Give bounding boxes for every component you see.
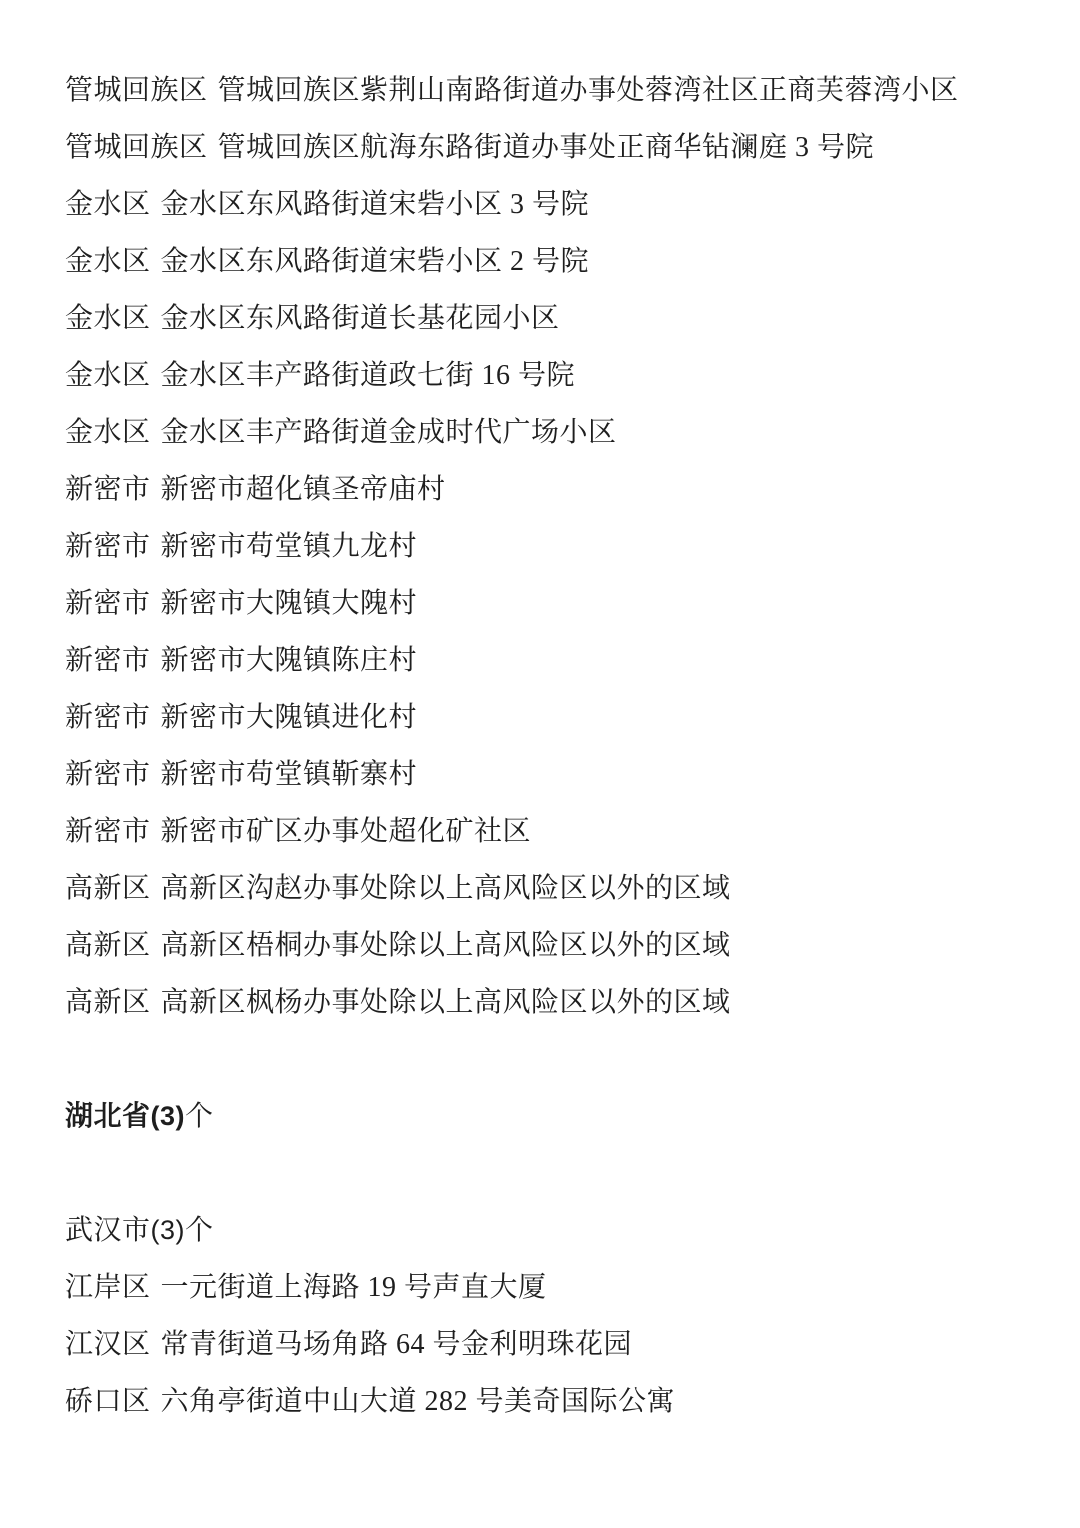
list-item: 金水区金水区东风路街道长基花园小区 <box>65 290 1056 347</box>
district-name: 高新区 <box>65 873 151 904</box>
list-item: 江汉区常青街道马场角路 64 号金利明珠花园 <box>65 1316 1056 1373</box>
district-name: 硚口区 <box>65 1386 151 1417</box>
district-name: 新密市 <box>65 645 151 676</box>
list-item: 管城回族区管城回族区紫荆山南路街道办事处蓉湾社区正商芙蓉湾小区 <box>65 62 1056 119</box>
list-item: 金水区金水区丰产路街道政七街 16 号院 <box>65 347 1056 404</box>
district-name: 高新区 <box>65 987 151 1018</box>
province-count-suffix: 个 <box>185 1101 214 1132</box>
district-name: 金水区 <box>65 417 151 448</box>
province-name: 湖北省 <box>65 1101 151 1132</box>
district-name: 新密市 <box>65 816 151 847</box>
district-name: 新密市 <box>65 702 151 733</box>
district-name: 江汉区 <box>65 1329 151 1360</box>
list-item: 新密市新密市苟堂镇九龙村 <box>65 518 1056 575</box>
area-name: 高新区枫杨办事处除以上高风险区以外的区域 <box>161 987 731 1018</box>
list-item: 金水区金水区东风路街道宋砦小区 2 号院 <box>65 233 1056 290</box>
area-name: 新密市超化镇圣帝庙村 <box>161 474 446 505</box>
blank-line <box>65 1031 1056 1088</box>
area-name: 金水区丰产路街道政七街 16 号院 <box>161 360 576 391</box>
list-item: 管城回族区管城回族区航海东路街道办事处正商华钻澜庭 3 号院 <box>65 119 1056 176</box>
area-name: 新密市苟堂镇靳寨村 <box>161 759 418 790</box>
area-name: 一元街道上海路 19 号声直大厦 <box>161 1272 547 1303</box>
district-name: 新密市 <box>65 474 151 505</box>
area-name: 金水区丰产路街道金成时代广场小区 <box>161 417 617 448</box>
area-name: 高新区梧桐办事处除以上高风险区以外的区域 <box>161 930 731 961</box>
district-name: 新密市 <box>65 531 151 562</box>
area-name: 常青街道马场角路 64 号金利明珠花园 <box>161 1329 633 1360</box>
area-name: 管城回族区紫荆山南路街道办事处蓉湾社区正商芙蓉湾小区 <box>218 75 959 106</box>
list-item: 硚口区六角亭街道中山大道 282 号美奇国际公寓 <box>65 1373 1056 1430</box>
city-count-suffix: 个 <box>185 1215 214 1246</box>
area-name: 金水区东风路街道宋砦小区 2 号院 <box>161 246 590 277</box>
district-name: 管城回族区 <box>65 75 208 106</box>
district-name: 金水区 <box>65 360 151 391</box>
area-name: 新密市苟堂镇九龙村 <box>161 531 418 562</box>
city-count: (3) <box>151 1215 186 1245</box>
list-item: 江岸区一元街道上海路 19 号声直大厦 <box>65 1259 1056 1316</box>
area-name: 新密市大隗镇陈庄村 <box>161 645 418 676</box>
area-name: 高新区沟赵办事处除以上高风险区以外的区域 <box>161 873 731 904</box>
district-name: 新密市 <box>65 759 151 790</box>
list-item: 金水区金水区东风路街道宋砦小区 3 号院 <box>65 176 1056 233</box>
district-name: 管城回族区 <box>65 132 208 163</box>
province-count: (3) <box>151 1101 186 1131</box>
blank-line <box>65 1145 1056 1202</box>
list-item: 新密市新密市苟堂镇靳寨村 <box>65 746 1056 803</box>
list-item: 新密市新密市大隗镇进化村 <box>65 689 1056 746</box>
list-item: 高新区高新区枫杨办事处除以上高风险区以外的区域 <box>65 974 1056 1031</box>
district-name: 金水区 <box>65 189 151 220</box>
list-item: 金水区金水区丰产路街道金成时代广场小区 <box>65 404 1056 461</box>
city-heading: 武汉市(3)个 <box>65 1202 1056 1259</box>
list-item: 新密市新密市大隗镇大隗村 <box>65 575 1056 632</box>
list-item: 高新区高新区梧桐办事处除以上高风险区以外的区域 <box>65 917 1056 974</box>
district-name: 金水区 <box>65 303 151 334</box>
area-name: 新密市大隗镇进化村 <box>161 702 418 733</box>
list-item: 高新区高新区沟赵办事处除以上高风险区以外的区域 <box>65 860 1056 917</box>
district-name: 金水区 <box>65 246 151 277</box>
district-name: 江岸区 <box>65 1272 151 1303</box>
area-name: 金水区东风路街道长基花园小区 <box>161 303 560 334</box>
area-name: 新密市大隗镇大隗村 <box>161 588 418 619</box>
area-name: 六角亭街道中山大道 282 号美奇国际公寓 <box>161 1386 676 1417</box>
city-name: 武汉市 <box>65 1215 151 1246</box>
district-name: 高新区 <box>65 930 151 961</box>
area-name: 新密市矿区办事处超化矿社区 <box>161 816 532 847</box>
document-page: 管城回族区管城回族区紫荆山南路街道办事处蓉湾社区正商芙蓉湾小区 管城回族区管城回… <box>0 0 1080 1528</box>
list-item: 新密市新密市超化镇圣帝庙村 <box>65 461 1056 518</box>
district-name: 新密市 <box>65 588 151 619</box>
area-name: 金水区东风路街道宋砦小区 3 号院 <box>161 189 590 220</box>
province-heading: 湖北省(3)个 <box>65 1088 1056 1145</box>
list-item: 新密市新密市矿区办事处超化矿社区 <box>65 803 1056 860</box>
list-item: 新密市新密市大隗镇陈庄村 <box>65 632 1056 689</box>
area-name: 管城回族区航海东路街道办事处正商华钻澜庭 3 号院 <box>218 132 875 163</box>
